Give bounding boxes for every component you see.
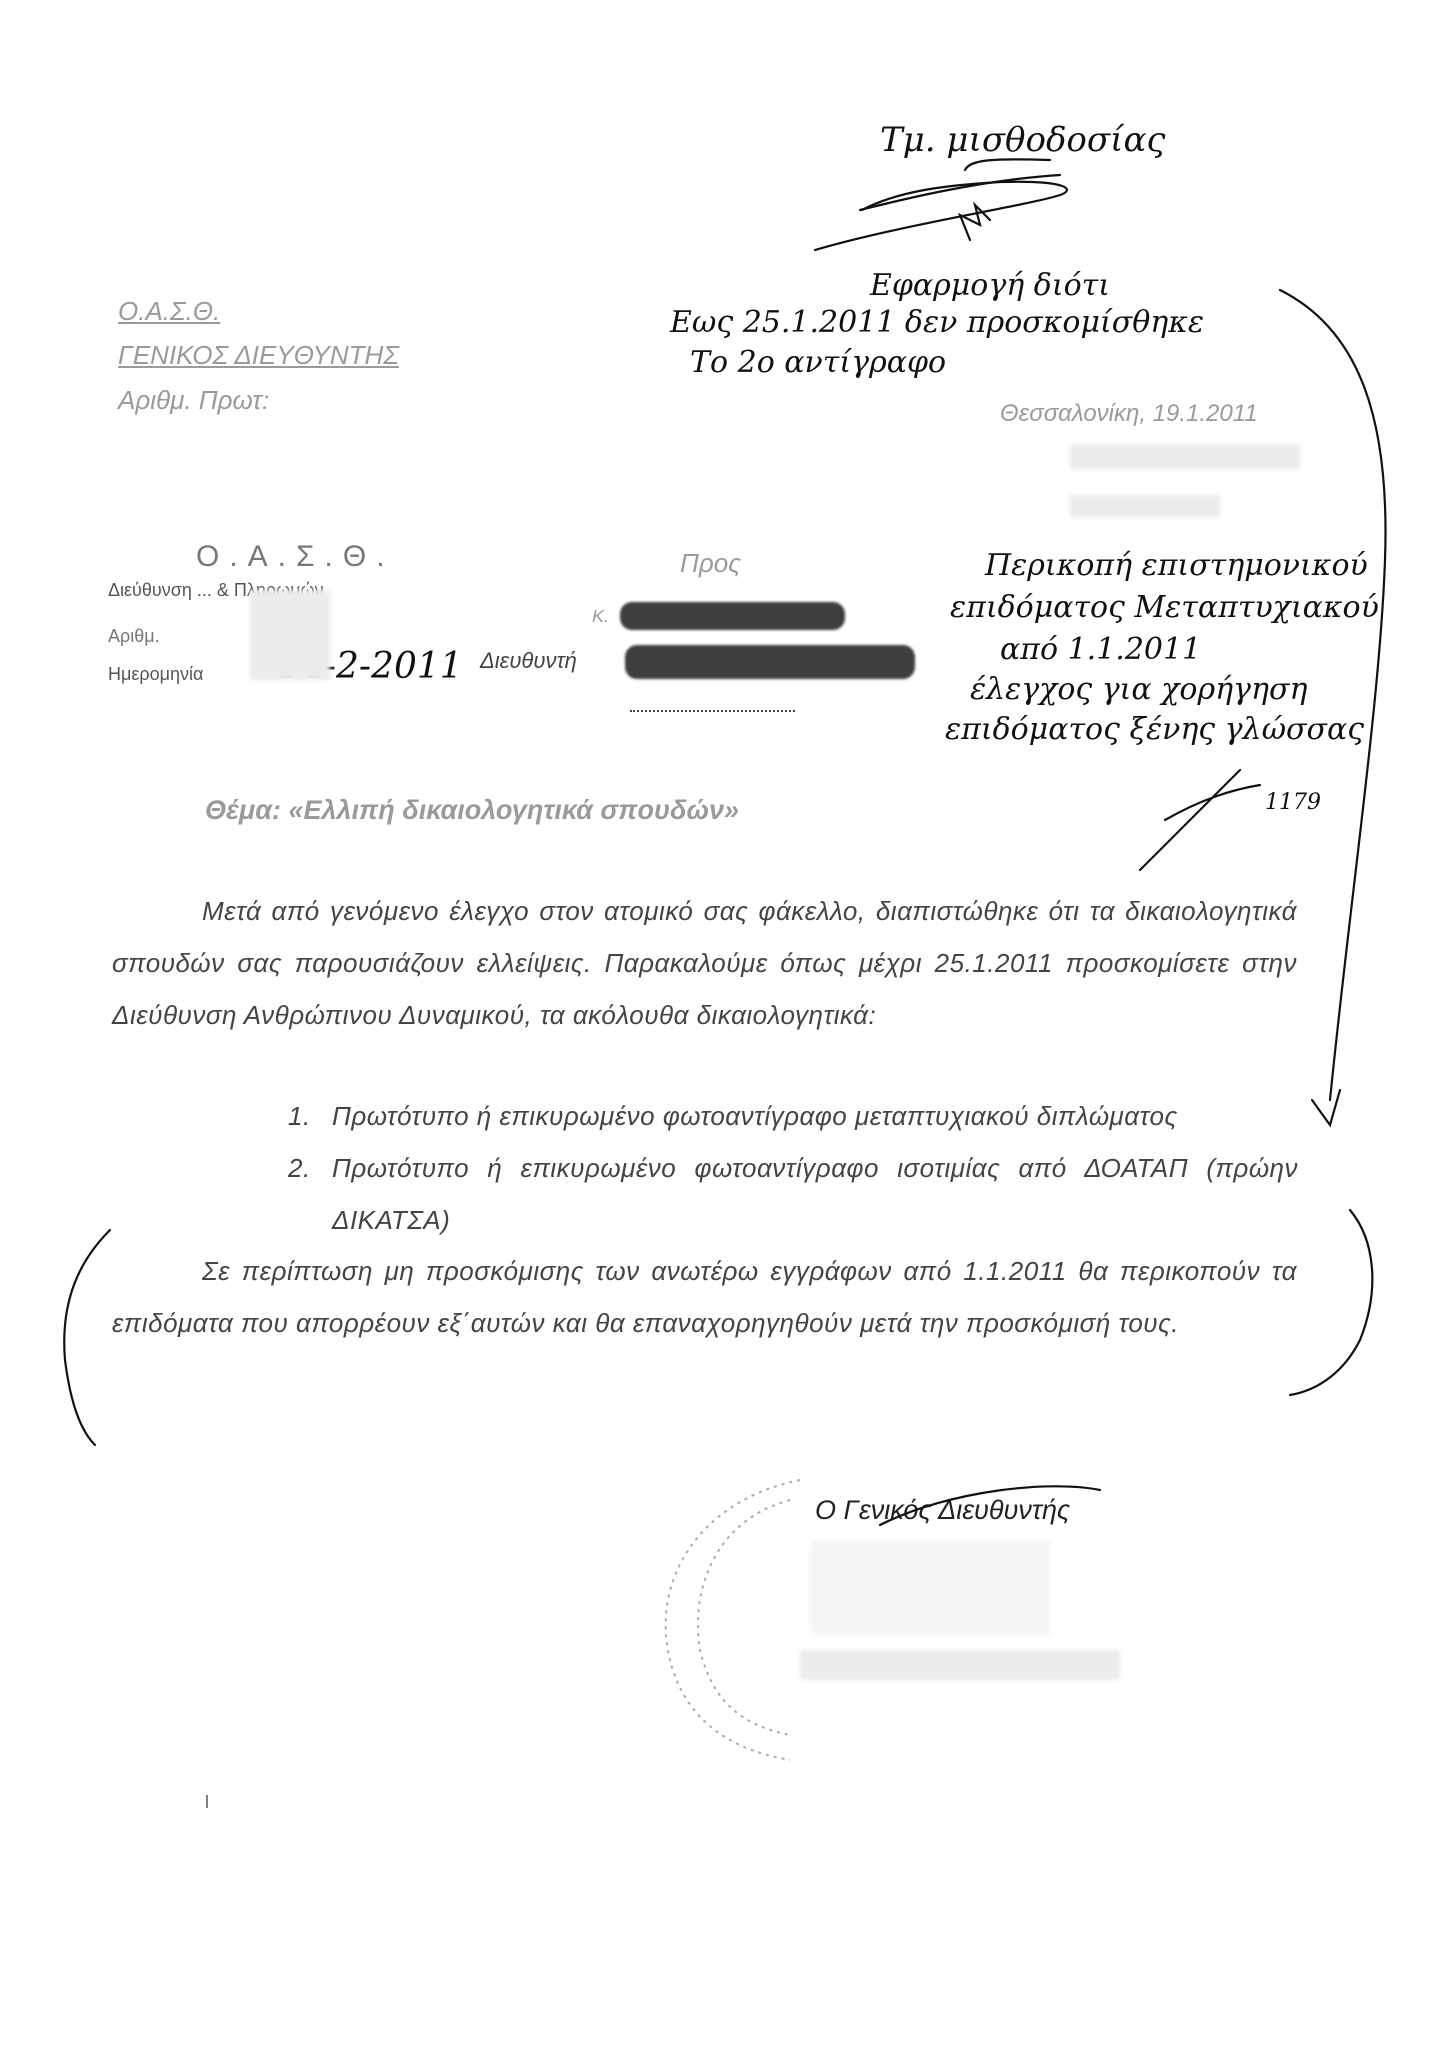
list-item-number: 2.	[288, 1142, 332, 1246]
margin-note-line-4: έλεγχος για χορήγηση	[970, 672, 1307, 707]
list-item-number: 1.	[288, 1090, 332, 1142]
org-name: Ο.Α.Σ.Θ.	[118, 296, 220, 327]
handwritten-instruction-line-3: Το 2ο αντίγραφο	[690, 345, 946, 380]
list-item-text: Πρωτότυπο ή επικυρωμένο φωτοαντίγραφο με…	[332, 1090, 1178, 1142]
redacted-block	[1070, 445, 1300, 469]
stamp-date-label: Ημερομηνία	[108, 664, 203, 685]
list-item-2: 2. Πρωτότυπο ή επικυρωμένο φωτοαντίγραφο…	[288, 1142, 1298, 1246]
protocol-label: Αριθμ. Πρωτ:	[118, 385, 269, 416]
redacted-signature-name	[800, 1650, 1120, 1680]
dotted-rule	[630, 710, 795, 712]
place-date: Θεσσαλονίκη, 19.1.2011	[1000, 400, 1258, 428]
recipient-k-label: Κ.	[592, 606, 609, 627]
signature-title: Ο Γενικός Διευθυντής	[815, 1495, 1070, 1526]
margin-note-line-3: από 1.1.2011	[1000, 632, 1201, 667]
margin-note-line-5: επιδόματος ξένης γλώσσας	[945, 712, 1364, 747]
margin-note-line-2: επιδόματος Μεταπτυχιακού	[950, 590, 1379, 625]
initials-number: 1179	[1265, 790, 1321, 815]
stamp-org: Ο.Α.Σ.Θ.	[196, 540, 395, 574]
handwritten-instruction-line-2: Εως 25.1.2011 δεν προσκομίσθηκε	[670, 305, 1204, 340]
stamp-number-label: Αριθμ.	[108, 626, 160, 647]
redacted-block	[250, 590, 330, 680]
redacted-block	[1070, 495, 1220, 517]
body-paragraph-1: Μετά από γενόμενο έλεγχο στον ατομικό σα…	[112, 885, 1297, 1041]
redacted-recipient-title	[625, 645, 915, 679]
subject-line: Θέμα: «Ελλιπή δικαιολογητικά σπουδών»	[205, 795, 739, 826]
list-item-text: Πρωτότυπο ή επικυρωμένο φωτοαντίγραφο ισ…	[332, 1142, 1298, 1246]
list-item-1: 1. Πρωτότυπο ή επικυρωμένο φωτοαντίγραφο…	[288, 1090, 1298, 1142]
redacted-recipient-name	[620, 602, 845, 630]
margin-note-line-1: Περικοπή επιστημονικού	[985, 548, 1368, 583]
body-paragraph-2: Σε περίπτωση μη προσκόμισης των ανωτέρω …	[112, 1245, 1297, 1349]
office-title: ΓΕΝΙΚΟΣ ΔΙΕΥΘΥΝΤΗΣ	[118, 340, 399, 371]
to-label: Προς	[680, 548, 741, 579]
redacted-signature	[810, 1540, 1050, 1635]
handwritten-dept-note: Τμ. μισθοδοσίας	[880, 120, 1165, 160]
recipient-title-label: Διευθυντή	[480, 648, 577, 674]
handwritten-instruction-line-1: Εφαρμογή διότι	[870, 268, 1110, 303]
